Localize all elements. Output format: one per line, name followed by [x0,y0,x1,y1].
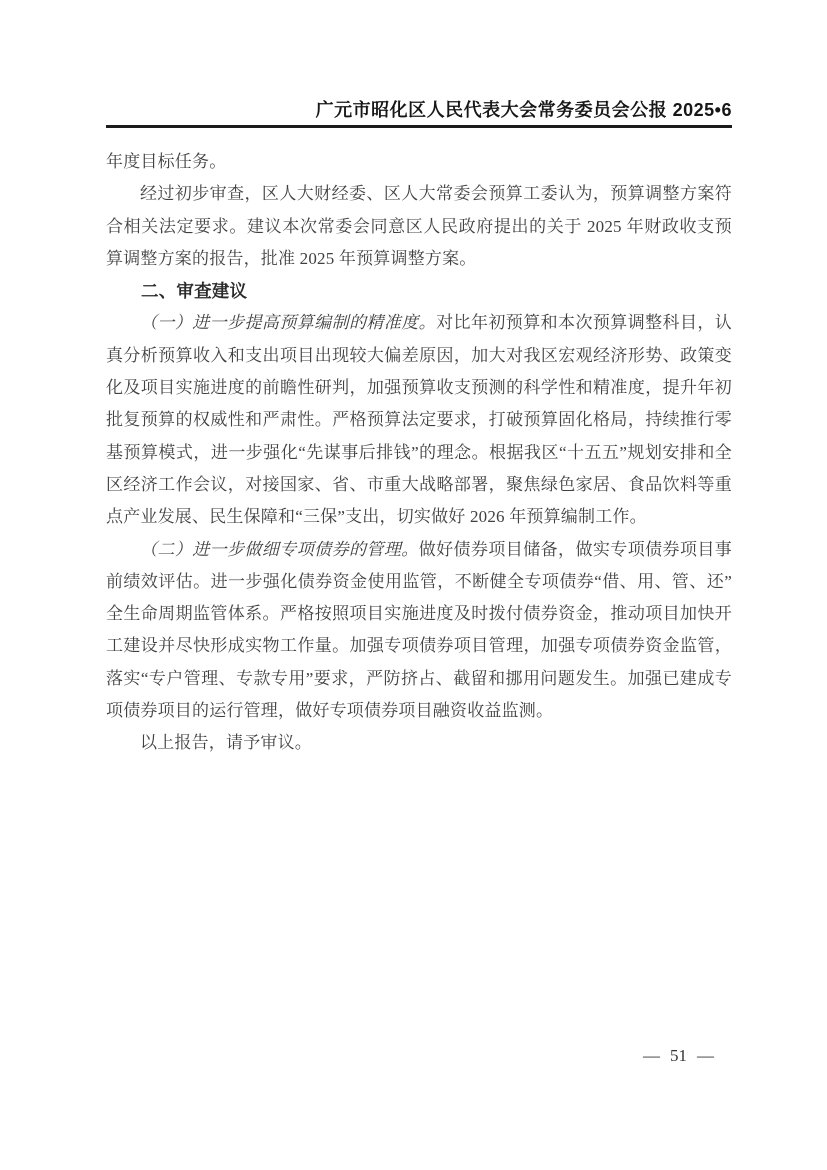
paragraph-suggestion-2: （二）进一步做细专项债券的管理。做好债券项目储备，做实专项债券项目事前绩效评估。… [106,534,732,728]
gazette-header-title: 广元市昭化区人民代表大会常务委员会公报 2025•6 [106,100,732,120]
header-rule [106,125,732,128]
paragraph-continuation: 年度目标任务。 [106,146,732,178]
page-number-dash-right: — [697,1044,714,1068]
page-number-value: 51 [670,1044,687,1068]
page-number-dash-left: — [643,1044,660,1068]
suggestion-1-body: 对比年初预算和本次预算调整科目，认真分析预算收入和支出项目出现较大偏差原因，加大… [106,313,732,526]
paragraph-initial-review: 经过初步审查，区人大财经委、区人大常委会预算工委认为，预算调整方案符合相关法定要… [106,178,732,275]
paragraph-closing: 以上报告，请予审议。 [106,727,732,759]
suggestion-2-lead: （二）进一步做细专项债券的管理。 [140,540,419,559]
gazette-page: 广元市昭化区人民代表大会常务委员会公报 2025•6 年度目标任务。 经过初步审… [0,0,827,1170]
paragraph-suggestion-1: （一）进一步提高预算编制的精准度。对比年初预算和本次预算调整科目，认真分析预算收… [106,307,732,533]
page-header: 广元市昭化区人民代表大会常务委员会公报 2025•6 [106,100,732,128]
suggestion-1-lead: （一）进一步提高预算编制的精准度。 [140,313,436,332]
page-number: — 51 — [643,1044,714,1068]
section-heading-review-suggestions: 二、审查建议 [106,275,732,307]
suggestion-2-body: 做好债券项目储备，做实专项债券项目事前绩效评估。进一步强化债券资金使用监管，不断… [106,540,732,720]
document-content: 年度目标任务。 经过初步审查，区人大财经委、区人大常委会预算工委认为，预算调整方… [106,146,732,760]
